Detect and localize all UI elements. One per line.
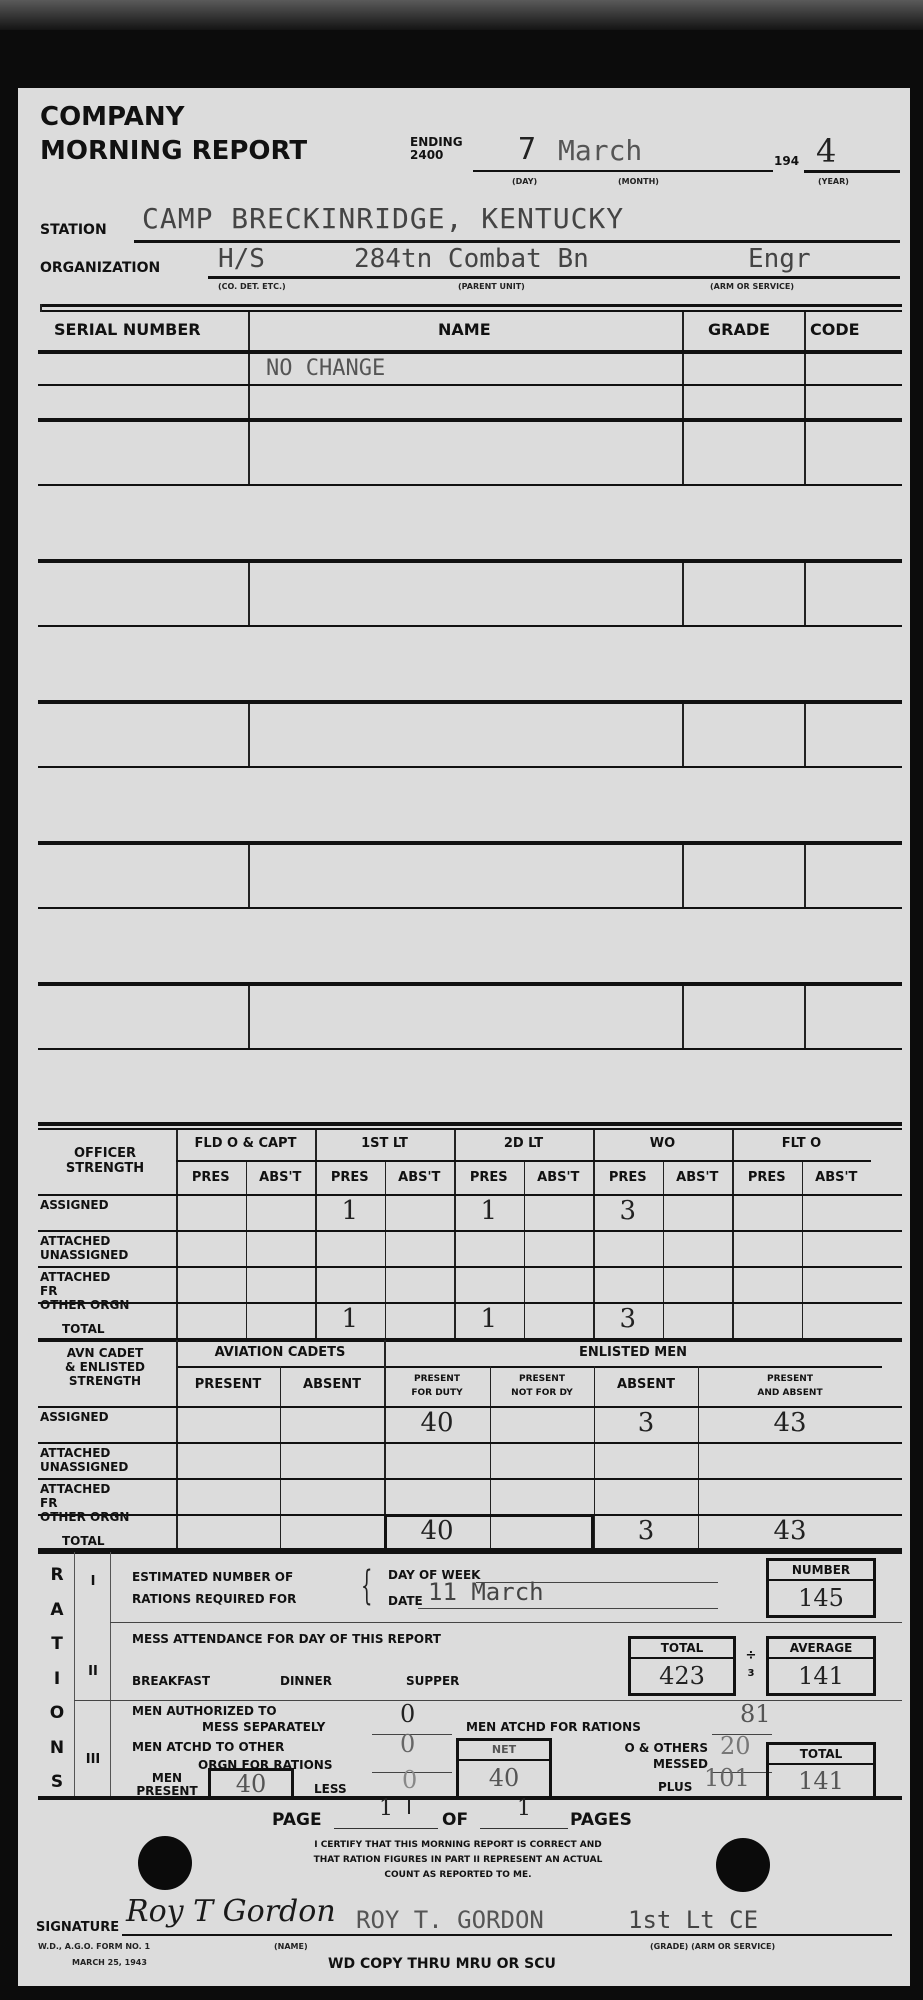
certification-text: I CERTIFY THAT THIS MORNING REPORT IS CO… — [208, 1838, 708, 1883]
men-present-box: 40 — [208, 1768, 294, 1798]
breakfast-label: BREAKFAST — [132, 1674, 210, 1688]
row-rule — [176, 1366, 882, 1368]
table-top-rule — [40, 304, 902, 307]
pages-value: 1 — [480, 1796, 568, 1821]
col-code: CODE — [810, 320, 860, 339]
mess-attendance-label: MESS ATTENDANCE FOR DAY OF THIS REPORT — [132, 1632, 441, 1646]
officer-cell: 1 — [454, 1196, 524, 1226]
officer-group-header: FLD O & CAPT — [176, 1136, 315, 1151]
section-rule — [38, 1338, 902, 1342]
divider — [682, 986, 684, 1048]
parent-unit-caption: (PARENT UNIT) — [458, 282, 525, 291]
letter: N — [40, 1731, 74, 1766]
enlisted-col-header: PRESENTFOR DUTY — [384, 1372, 490, 1400]
arm-caption: (ARM OR SERVICE) — [710, 282, 794, 291]
average-label: AVERAGE — [769, 1639, 873, 1659]
letter: O — [40, 1696, 74, 1731]
divider — [246, 1160, 247, 1338]
date-underline — [473, 170, 773, 172]
row-rule-thick — [38, 982, 902, 986]
station-value: CAMP BRECKINRIDGE, KENTUCKY — [142, 202, 624, 235]
entry-no-change: NO CHANGE — [266, 356, 385, 381]
month-caption: (MONTH) — [618, 177, 659, 186]
row-rule — [38, 1266, 902, 1268]
punch-hole-left — [138, 1836, 192, 1890]
organization-label: ORGANIZATION — [40, 260, 160, 276]
enlisted-col-header: ABSENT — [594, 1378, 698, 1392]
ration-number-box: NUMBER 145 — [766, 1558, 876, 1618]
letter: T — [40, 1627, 74, 1662]
day-caption: (DAY) — [512, 177, 537, 186]
enlisted-row-label: ATTACHEDFROTHER ORGN — [40, 1482, 170, 1524]
officer-row-label: TOTAL — [62, 1322, 105, 1336]
atchd-rations-value: 81 — [740, 1700, 771, 1728]
row-rule-thin — [38, 766, 902, 768]
header-rule — [38, 350, 902, 354]
row-rule-thin — [38, 1048, 902, 1050]
enlisted-cell: 3 — [594, 1516, 698, 1546]
row-rule-thick — [38, 559, 902, 563]
officer-row-label: ATTACHEDUNASSIGNED — [40, 1234, 170, 1262]
organization-company: H/S — [218, 244, 265, 274]
typed-grade: 1st Lt CE — [628, 1906, 758, 1934]
row-rule — [38, 384, 902, 386]
officer-cell: 1 — [454, 1304, 524, 1334]
organization-arm: Engr — [748, 244, 811, 274]
others-messed-label: O & OTHERS MESSED — [618, 1740, 708, 1772]
report-day: 7 — [518, 132, 536, 167]
ending-label: ENDING 2400 — [410, 136, 463, 162]
rations-side-label: R A T I O N S — [40, 1558, 74, 1800]
page-label: PAGE — [272, 1810, 322, 1830]
letter: I — [40, 1662, 74, 1697]
signature: Roy T Gordon — [126, 1894, 336, 1929]
row-rule-thick — [38, 841, 902, 845]
value-line — [480, 1828, 568, 1829]
signature-label: SIGNATURE — [36, 1920, 119, 1935]
auth-label-1: MEN AUTHORIZED TO — [132, 1704, 277, 1718]
rule-end — [40, 304, 42, 312]
divider — [110, 1552, 111, 1796]
organization-parent-unit: 284tn Combat Bn — [354, 244, 589, 274]
page-value: 1 — [334, 1796, 438, 1821]
enlisted-col-header: PRESENT — [176, 1378, 280, 1392]
certify-line: I CERTIFY THAT THIS MORNING REPORT IS CO… — [208, 1838, 708, 1853]
report-month: March — [558, 134, 642, 167]
name-caption: (NAME) — [274, 1942, 308, 1951]
part-rule — [110, 1622, 902, 1623]
others-messed-value: 20 — [720, 1732, 751, 1760]
auth-value: 0 — [400, 1700, 415, 1728]
form-id-1: W.D., A.G.O. FORM NO. 1 — [38, 1942, 150, 1951]
col-name: NAME — [438, 320, 491, 339]
men-present-value: 40 — [211, 1771, 291, 1797]
punch-hole-right — [716, 1838, 770, 1892]
value-line — [334, 1828, 438, 1829]
row-rule — [38, 1478, 902, 1480]
col-serial-number: SERIAL NUMBER — [54, 320, 201, 339]
form-title-line2: MORNING REPORT — [40, 136, 307, 166]
signature-line — [122, 1934, 892, 1936]
officer-group-header: 2D LT — [454, 1136, 593, 1151]
enlisted-row-label: ATTACHEDUNASSIGNED — [40, 1446, 170, 1474]
officer-strength-title: OFFICER STRENGTH — [40, 1146, 170, 1176]
film-edge — [0, 0, 923, 30]
atchd-other-value: 0 — [400, 1730, 415, 1758]
dinner-label: DINNER — [280, 1674, 332, 1688]
total-duty-box — [384, 1514, 594, 1552]
letter: A — [40, 1593, 74, 1628]
part-1-roman: I — [76, 1574, 110, 1589]
enlisted-col-header: PRESENTNOT FOR DY — [490, 1372, 594, 1400]
supper-label: SUPPER — [406, 1674, 459, 1688]
divisor: 3 — [736, 1668, 766, 1679]
certify-line: COUNT AS REPORTED TO ME. — [208, 1868, 708, 1883]
officer-cell: 3 — [593, 1196, 663, 1226]
morning-report-form: COMPANY MORNING REPORT ENDING 2400 7 Mar… — [18, 88, 910, 1986]
plus-label: PLUS — [658, 1780, 692, 1794]
officer-group-header: FLT O — [732, 1136, 871, 1151]
enlisted-col-header: PRESENTAND ABSENT — [698, 1372, 882, 1400]
col-grade: GRADE — [708, 320, 770, 339]
label-line: RATIONS REQUIRED FOR — [132, 1588, 296, 1610]
ending-label-2: 2400 — [410, 149, 463, 162]
abst-header: ABS'T — [663, 1170, 733, 1185]
enlisted-strength-title: AVN CADET& ENLISTEDSTRENGTH — [40, 1346, 170, 1388]
divider — [663, 1160, 664, 1338]
officer-cell: 1 — [315, 1196, 385, 1226]
letter: S — [40, 1765, 74, 1800]
row-rule-thick — [38, 418, 902, 422]
enlisted-row-label: TOTAL — [62, 1534, 105, 1548]
enlisted-col-header: ABSENT — [280, 1378, 384, 1392]
atchd-other-label-1: MEN ATCHD TO OTHER — [132, 1740, 284, 1754]
form-id-2: MARCH 25, 1943 — [72, 1958, 147, 1967]
atchd-rations-label: MEN ATCHD FOR RATIONS — [466, 1720, 641, 1734]
divider — [802, 1160, 803, 1338]
officer-cell: 1 — [315, 1304, 385, 1334]
enlisted-cell: 40 — [384, 1408, 490, 1438]
total-label: TOTAL — [631, 1639, 733, 1659]
divider — [248, 986, 250, 1048]
pres-header: PRES — [732, 1170, 802, 1185]
divider — [804, 986, 806, 1048]
row-rule — [38, 1230, 902, 1232]
abst-header: ABS'T — [246, 1170, 316, 1185]
letter: R — [40, 1558, 74, 1593]
divider — [804, 704, 806, 766]
net-label: NET — [459, 1741, 549, 1761]
total-value: 141 — [769, 1765, 873, 1797]
form-title-line1: COMPANY — [40, 102, 184, 132]
divider — [74, 1552, 75, 1796]
part-3-roman: III — [76, 1752, 110, 1767]
date-line — [418, 1608, 718, 1609]
typed-name: ROY T. GORDON — [356, 1906, 544, 1934]
less-value: 0 — [402, 1766, 417, 1794]
part-rule — [74, 1700, 902, 1701]
number-label: NUMBER — [769, 1561, 873, 1581]
ration-date-value: 11 March — [428, 1578, 544, 1606]
divider — [248, 845, 250, 907]
total-value: 423 — [631, 1659, 733, 1693]
divider — [176, 1340, 178, 1550]
enlisted-men-header: ENLISTED MEN — [384, 1345, 882, 1360]
men-present-label: MEN PRESENT — [132, 1772, 202, 1798]
net-value: 40 — [459, 1761, 549, 1795]
rations-total-box: TOTAL 141 — [766, 1742, 876, 1798]
divider — [804, 563, 806, 625]
plus-value: 101 — [704, 1764, 750, 1792]
date-label: DATE — [388, 1594, 423, 1608]
row-rule-thin — [38, 484, 902, 486]
divider — [248, 563, 250, 625]
report-year-digit: 4 — [816, 132, 836, 170]
less-label: LESS — [314, 1782, 347, 1796]
row-rule-thin — [38, 625, 902, 627]
total-label: TOTAL — [769, 1745, 873, 1765]
divider — [682, 422, 684, 484]
divider — [248, 422, 250, 484]
enlisted-cell: 3 — [594, 1408, 698, 1438]
enlisted-cell: 43 — [698, 1408, 882, 1438]
section-rule — [38, 1122, 902, 1126]
average-value: 141 — [769, 1659, 873, 1693]
part-2-roman: II — [76, 1664, 110, 1679]
pages-label: PAGES — [570, 1810, 632, 1830]
of-label: OF — [442, 1810, 468, 1830]
enlisted-row-label: ASSIGNED — [40, 1410, 170, 1424]
grade-caption: (GRADE) (ARM OR SERVICE) — [650, 1942, 775, 1951]
divide-sign: ÷ — [736, 1648, 766, 1663]
divider — [682, 845, 684, 907]
number-value: 145 — [769, 1581, 873, 1615]
officer-row-label: ASSIGNED — [40, 1198, 170, 1212]
section-rule — [38, 1796, 902, 1800]
aviation-cadets-header: AVIATION CADETS — [176, 1345, 384, 1360]
officer-row-label: ATTACHEDFROTHER ORGN — [40, 1270, 170, 1312]
net-box: NET 40 — [456, 1738, 552, 1798]
divider — [682, 704, 684, 766]
divider — [248, 704, 250, 766]
section-rule — [38, 1128, 902, 1130]
pres-header: PRES — [593, 1170, 663, 1185]
year-underline — [804, 170, 900, 173]
divider — [682, 563, 684, 625]
divider — [524, 1160, 525, 1338]
officer-group-header: 1ST LT — [315, 1136, 454, 1151]
attendance-average-box: AVERAGE 141 — [766, 1636, 876, 1696]
station-underline — [134, 240, 900, 243]
station-label: STATION — [40, 222, 107, 238]
company-caption: (CO. DET. ETC.) — [218, 282, 286, 291]
year-prefix: 194 — [774, 154, 799, 168]
pres-header: PRES — [315, 1170, 385, 1185]
row-rule-thin — [38, 907, 902, 909]
label-line: O & OTHERS — [618, 1740, 708, 1756]
part-1-label: ESTIMATED NUMBER OF RATIONS REQUIRED FOR — [132, 1566, 296, 1610]
brace-icon: { — [361, 1564, 372, 1608]
organization-underline — [208, 276, 900, 279]
divider — [804, 422, 806, 484]
copy-note: WD COPY THRU MRU OR SCU — [328, 1956, 556, 1972]
abst-header: ABS'T — [802, 1170, 872, 1185]
divider — [385, 1160, 386, 1338]
attendance-total-box: TOTAL 423 — [628, 1636, 736, 1696]
enlisted-cell: 43 — [698, 1516, 882, 1546]
table-top-rule-2 — [40, 310, 902, 312]
officer-cell: 3 — [593, 1304, 663, 1334]
title-line: OFFICER — [40, 1146, 170, 1161]
year-caption: (YEAR) — [818, 177, 849, 186]
row-rule-thick — [38, 700, 902, 704]
pres-header: PRES — [454, 1170, 524, 1185]
label-line: ESTIMATED NUMBER OF — [132, 1566, 296, 1588]
auth-label-2: MESS SEPARATELY — [202, 1720, 325, 1734]
abst-header: ABS'T — [385, 1170, 455, 1185]
officer-group-header: WO — [593, 1136, 732, 1151]
row-rule — [38, 1442, 902, 1444]
row-rule — [176, 1160, 871, 1162]
section-rule — [38, 1548, 902, 1552]
abst-header: ABS'T — [524, 1170, 594, 1185]
label-line: MESSED — [618, 1756, 708, 1772]
certify-line: THAT RATION FIGURES IN PART II REPRESENT… — [208, 1853, 708, 1868]
divider — [280, 1366, 281, 1550]
pres-header: PRES — [176, 1170, 246, 1185]
divider — [804, 845, 806, 907]
title-line: STRENGTH — [40, 1161, 170, 1176]
